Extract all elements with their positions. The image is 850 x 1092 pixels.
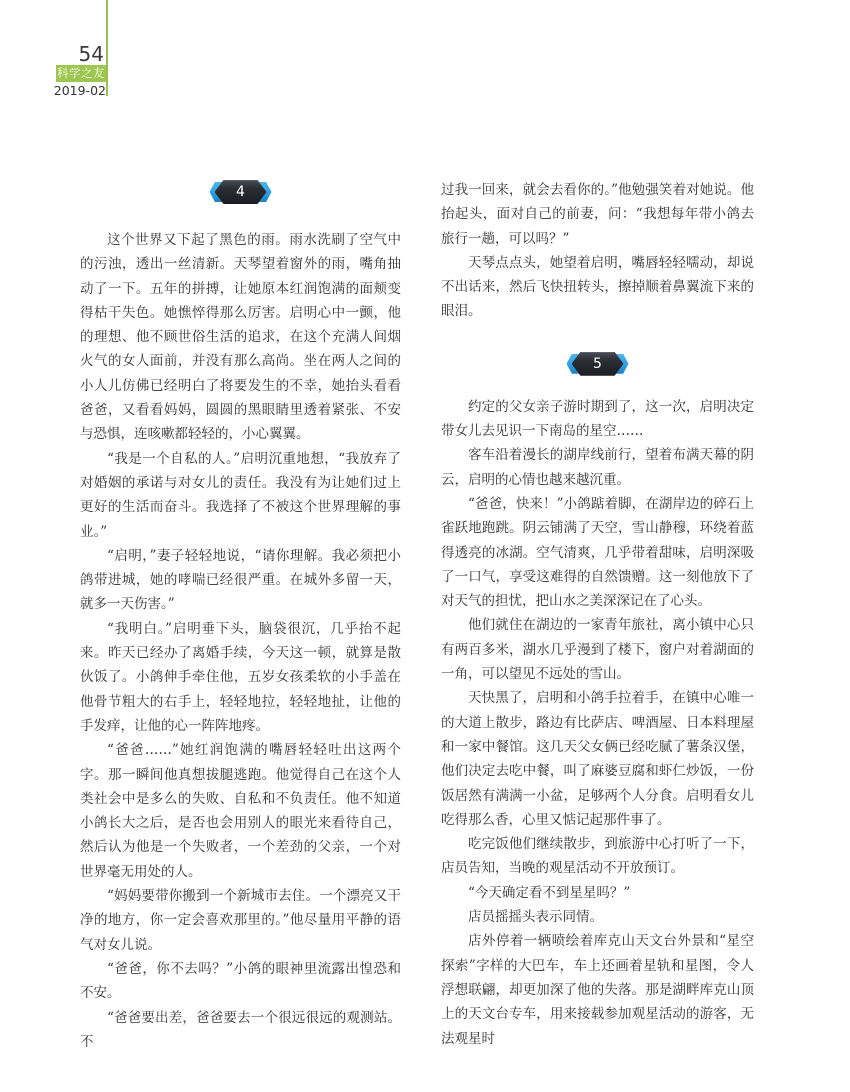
section-number: 4 [236,185,245,199]
issue-date: 2019-02 [20,83,106,98]
magazine-name-badge: 科学之友 [56,65,106,82]
paragraph: 客车沿着漫长的湖岸线前行，望着布满天幕的阴云，启明的心情也越来越沉重。 [441,443,754,492]
paragraph: “妈妈要带你搬到一个新城市去住。一个漂亮又干净的地方，你一定会喜欢那里的。”他尽… [80,884,401,957]
paragraph: 天快黑了，启明和小鸽手拉着手，在镇中心唯一的大道上散步，路边有比萨店、啤酒屋、日… [441,686,754,832]
section-4-badge: 4 [210,180,272,204]
paragraph: “爸爸……”她红润饱满的嘴唇轻轻吐出这两个字。那一瞬间他真想拔腿逃跑。他觉得自己… [80,738,401,884]
paragraph: “我是一个自私的人。”启明沉重地想，“我放弃了对婚姻的承诺与对女儿的责任。我没有… [80,447,401,544]
paragraph: 约定的父女亲子游时期到了，这一次，启明决定带女儿去见识一下南岛的星空…… [441,395,754,444]
paragraph: 他们就住在湖边的一家青年旅社，离小镇中心只有两百多米，湖水几乎漫到了楼下，窗户对… [441,613,754,686]
paragraph: “启明，”妻子轻轻地说，“请你理解。我必须把小鸽带进城，她的哮喘已经很严重。在城… [80,544,401,617]
section-5-badge: 5 [567,352,629,376]
page-number: 54 [20,42,104,66]
paragraph: “今天确定看不到星星吗？” [441,881,754,905]
left-column: 4 这个世界又下起了黑色的雨。雨水洗刷了空气中的污浊，透出一丝清新。天琴望着窗外… [80,178,401,1054]
section-number: 5 [593,357,602,371]
paragraph: “爸爸，快来！”小鸽踮着脚，在湖岸边的碎石上雀跃地跑跳。阴云铺满了天空，雪山静穆… [441,492,754,613]
paragraph: “爸爸，你不去吗？”小鸽的眼神里流露出惶恐和不安。 [80,957,401,1006]
paragraph: 天琴点点头，她望着启明，嘴唇轻轻嚅动，却说不出话来，然后飞快扭转头，擦掉顺着鼻翼… [441,251,754,324]
paragraph-continuation: 过我一回来，就会去看你的。”他勉强笑着对她说。他抬起头，面对自己的前妻，问：“我… [441,178,754,251]
paragraph: 店员摇摇头表示同情。 [441,905,754,929]
header-accent-rule [106,0,108,96]
magazine-page: 54 科学之友 2019-02 4 这个世界又下起了黑色的雨。雨水洗刷了空气中的… [0,0,850,1092]
paragraph: 吃完饭他们继续散步，到旅游中心打听了一下，店员告知，当晚的观星活动不开放预订。 [441,832,754,881]
section-badge-body: 5 [572,352,624,376]
paragraph: “爸爸要出差，爸爸要去一个很远很远的观测站。不 [80,1006,401,1055]
paragraph: 店外停着一辆喷绘着库克山天文台外景和“星空探索”字样的大巴车，车上还画着星轨和星… [441,929,754,1050]
right-column: 过我一回来，就会去看你的。”他勉强笑着对她说。他抬起头，面对自己的前妻，问：“我… [441,178,754,1051]
paragraph: “我明白。”启明垂下头，脑袋很沉，几乎抬不起来。昨天已经办了离婚手续，今天这一顿… [80,617,401,738]
paragraph: 这个世界又下起了黑色的雨。雨水洗刷了空气中的污浊，透出一丝清新。天琴望着窗外的雨… [80,228,401,447]
section-badge-body: 4 [215,180,267,204]
